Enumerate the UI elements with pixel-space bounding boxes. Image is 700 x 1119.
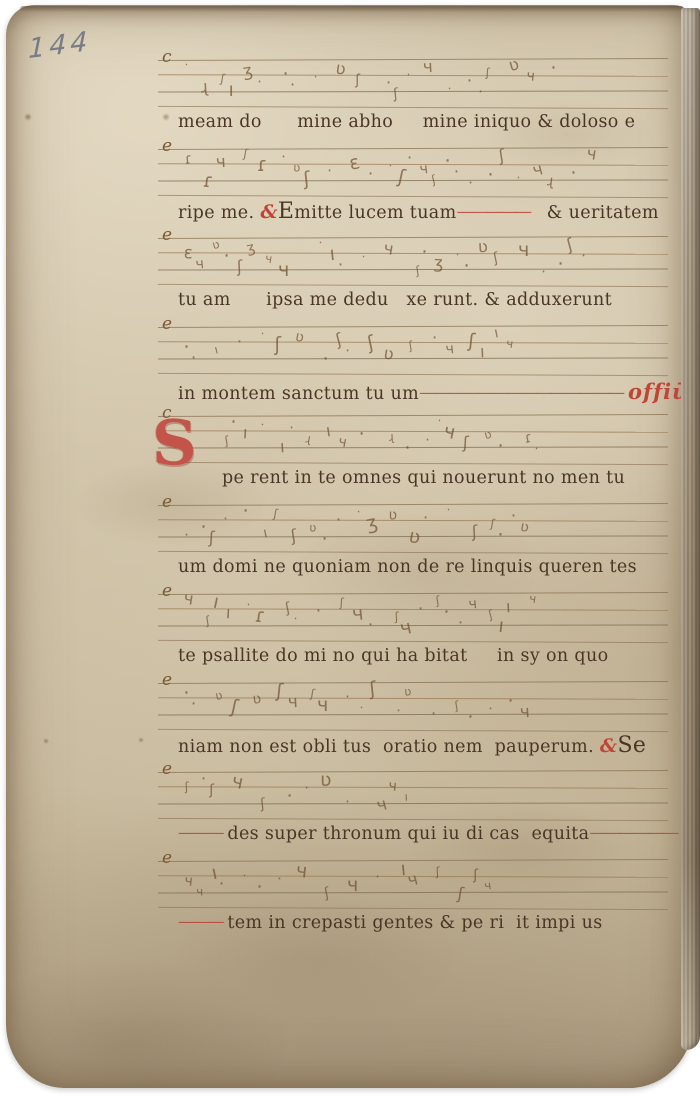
staff-line xyxy=(158,106,668,110)
lyrics-line: ripe me. &Emitte lucem tuam————— & uerit… xyxy=(164,201,666,227)
neume-mark: · xyxy=(242,868,248,883)
staff: e чʃıı·ɾʃ··ʃч·ʃч·ʃ··чʃııч xyxy=(164,588,666,646)
neume-mark: · xyxy=(429,703,437,724)
neume-mark: ʃ xyxy=(302,167,311,190)
staff-line xyxy=(158,58,668,61)
staff: e ··ı··ʃʋ·ʃ·ʃʋʃ·чʃııч xyxy=(164,321,666,379)
neume-mark: · xyxy=(245,597,252,612)
neume-mark: · xyxy=(404,67,411,82)
neume-mark: · xyxy=(190,347,196,367)
neume-mark: ı xyxy=(505,596,511,616)
rubric-label: offiū xyxy=(628,379,688,404)
staff-line xyxy=(158,446,668,448)
neume-mark: · xyxy=(344,688,352,706)
neumes-row: чʃıı·ɾʃ··ʃч·ʃч·ʃ··чʃııч xyxy=(184,603,545,622)
lyrics-line: te psallite do mi no qui ha bitat in sy … xyxy=(164,646,666,672)
folio-number: 144 xyxy=(28,26,92,65)
neume-mark: ч xyxy=(528,591,537,606)
neume-mark: · xyxy=(447,81,453,96)
neumes-row: ··ı··ʃʋ·ʃ·ʃʋʃ·чʃııч xyxy=(184,336,516,355)
lyrics-segment: des super thronum qui iu di cas equita xyxy=(222,824,590,844)
neume-mark: ɻ xyxy=(200,76,208,96)
neume-mark: ч xyxy=(444,340,454,358)
neume-mark: · xyxy=(344,793,352,811)
staff: e ɾɾчʃɾ·ʋʃ·ɛ··ʃ·чʃ····ʃ·чɻ·ч xyxy=(164,143,666,201)
clef-letter: e xyxy=(162,225,172,245)
neume-mark: ʃ xyxy=(473,866,478,883)
neume-mark: ʋ xyxy=(294,327,306,346)
neume-mark: ʋ xyxy=(382,343,395,364)
neume-mark: ı xyxy=(261,524,268,542)
neume-mark: · xyxy=(539,263,547,281)
neumes-row: ччı····чʃч·ıчʃʃʃч xyxy=(184,870,503,889)
scan-canvas: 144 c ·ɻʃıʒ····ʋʃ·ʃ·ч···ʃʋч· meam do min… xyxy=(0,0,700,1119)
staff: c ʃ·ı·ı·ɻıч·ɻ···чʃʋ·ɾ· xyxy=(164,410,666,468)
neume-mark: · xyxy=(374,868,382,886)
staff-line xyxy=(158,729,668,733)
clef-letter: c xyxy=(162,47,172,67)
music-system: e ɛчʋ·ʃʒчч·ı··чʃ·ʒ··ʋʃч··ʃ· tu am ipsa m… xyxy=(164,232,666,318)
neume-mark: ʋ xyxy=(214,688,223,703)
music-system: c ʃ·ı·ı·ɻıч·ɻ···чʃʋ·ɾ· pe rent in te omn… xyxy=(164,410,666,496)
neume-mark: · xyxy=(276,870,282,887)
lyrics-segment: & ueritatem xyxy=(529,203,659,223)
neume-mark: ı xyxy=(209,861,219,884)
lyrics-line: um domi ne quoniam non de re linquis que… xyxy=(164,557,666,583)
neume-mark: ч xyxy=(518,238,529,261)
neume-mark: ч xyxy=(278,258,289,281)
neume-mark: · xyxy=(259,326,265,341)
neume-mark: ʃ xyxy=(243,146,249,161)
neume-mark: · xyxy=(236,331,242,351)
neume-mark: · xyxy=(441,600,452,624)
lyrics-segment: in montem sanctum tu um xyxy=(178,384,419,404)
neume-mark: ı xyxy=(243,422,249,442)
lyrics-line: meam do mine abho mine iniquo & doloso e xyxy=(164,112,666,138)
music-system: e ʃ·ʃчʃ··ʋ·ччı ——— des super thronum qui… xyxy=(164,766,666,852)
staff: e ɛчʋ·ʃʒчч·ı··чʃ·ʒ··ʋʃч··ʃ· xyxy=(164,232,666,290)
lyrics-segment: te psallite do mi no qui ha bitat in sy … xyxy=(178,646,608,666)
neume-mark: ч xyxy=(265,251,274,266)
neume-mark: ʃ xyxy=(492,249,500,267)
neume-mark: · xyxy=(510,505,518,526)
neume-mark: ч xyxy=(526,67,536,85)
clef-letter: e xyxy=(162,848,172,868)
clef-letter: e xyxy=(162,136,172,156)
neume-mark: ı xyxy=(279,436,285,456)
neume-mark: · xyxy=(184,526,189,543)
neume-mark: ч xyxy=(398,615,414,640)
neume-mark: ʃ xyxy=(396,165,407,189)
staff-line xyxy=(158,195,668,199)
neume-mark: ı xyxy=(226,602,232,622)
neume-mark: ч xyxy=(287,691,298,711)
systems-container: c ·ɻʃıʒ····ʋʃ·ʃ·ч···ʃʋч· meam do mine ab… xyxy=(164,51,666,941)
neume-mark: ʃ xyxy=(462,432,469,452)
lyrics-line: tu am ipsa me dedu xe runt. & adduxerunt xyxy=(164,290,666,316)
neume-mark: · xyxy=(388,158,394,173)
neume-mark: ʃ xyxy=(284,599,292,617)
lyrics-segment: pe rent in te omnes qui nouerunt no men … xyxy=(222,468,625,488)
neume-mark: · xyxy=(222,244,230,267)
lyrics-segment: tu am ipsa me dedu xe runt. & adduxerunt xyxy=(178,290,612,310)
neume-mark: · xyxy=(200,768,208,789)
neume-mark: ɾ xyxy=(257,153,267,176)
red-filler-line: ————— xyxy=(457,202,530,222)
neume-mark: ʋ xyxy=(389,506,398,523)
neume-mark: ʃ xyxy=(457,883,466,904)
neumes-row: ɛчʋ·ʃʒчч·ı··чʃ·ʒ··ʋʃч··ʃ· xyxy=(184,247,591,266)
neumes-row: ɾɾчʃɾ·ʋʃ·ɛ··ʃ·чʃ····ʃ·чɻ·ч xyxy=(184,158,602,177)
neume-mark: ɾ xyxy=(254,604,267,628)
music-system: c ·ɻʃıʒ····ʋʃ·ʃ·ч···ʃʋч· meam do mine ab… xyxy=(164,54,666,140)
neume-mark: ʃ xyxy=(209,527,216,547)
neume-mark: · xyxy=(556,252,564,275)
staff-line xyxy=(158,891,668,893)
neume-mark: ʒ xyxy=(245,238,257,256)
staff: e ччı····чʃч·ıчʃʃʃч xyxy=(164,855,666,913)
neume-mark: · xyxy=(465,705,476,729)
neume-mark: · xyxy=(320,527,328,550)
neume-mark: ɾ xyxy=(522,428,533,446)
neume-mark: ʋ xyxy=(309,520,317,535)
neume-mark: · xyxy=(333,509,343,530)
neume-mark: · xyxy=(360,700,365,714)
neume-mark: · xyxy=(319,235,324,249)
neume-mark: ʃ xyxy=(205,613,211,628)
neume-mark: ʃ xyxy=(486,65,491,79)
neume-mark: ʃ xyxy=(236,256,243,276)
neume-mark: ʃ xyxy=(368,677,377,700)
neume-mark: · xyxy=(423,507,429,527)
neume-mark: ʃ xyxy=(487,607,495,622)
staff-line xyxy=(158,179,668,181)
neume-mark: ч xyxy=(418,160,428,178)
neume-mark: · xyxy=(466,174,474,192)
neume-mark: ʃ xyxy=(408,338,414,353)
neume-mark: ʃ xyxy=(435,864,440,878)
book-fore-edge xyxy=(681,8,700,1050)
neume-mark: ı xyxy=(325,420,333,440)
lyrics-segment: meam do mine abho mine iniquo & doloso e xyxy=(178,112,635,132)
neume-mark: ʃ xyxy=(355,71,360,88)
neume-mark: ч xyxy=(347,873,358,896)
neume-mark: · xyxy=(288,419,296,437)
illuminated-initial: S xyxy=(152,412,197,474)
neume-mark: ч xyxy=(215,151,226,171)
neume-mark: · xyxy=(241,499,249,522)
red-filler-line: —————— xyxy=(589,823,676,843)
neume-mark: · xyxy=(361,249,366,263)
neume-mark: ч xyxy=(388,777,398,795)
neume-mark: ı xyxy=(329,242,337,265)
red-filler-line: ——— xyxy=(178,912,222,932)
clef-letter: e xyxy=(162,759,172,779)
neume-mark: ч xyxy=(182,588,195,609)
capital-letter: E xyxy=(278,199,294,224)
staff-line xyxy=(158,681,668,684)
neume-mark: · xyxy=(395,702,401,719)
staff-line xyxy=(158,90,668,92)
music-system: e ··ʋʃʋʃчʃч··ʃ·ʋ·ʃ···ч niam non est obli… xyxy=(164,677,666,763)
neume-mark: · xyxy=(218,873,226,894)
neume-mark: · xyxy=(466,70,474,91)
staff-line xyxy=(158,907,668,911)
neume-mark: ч xyxy=(468,595,478,613)
neume-mark: ч xyxy=(295,859,309,883)
neume-mark: ʃ xyxy=(366,331,377,355)
neume-mark: ʃ xyxy=(289,525,298,546)
neume-mark: · xyxy=(356,504,361,518)
staff-line xyxy=(158,284,668,288)
lyrics-line: in montem sanctum tu um—————————————— of… xyxy=(164,379,666,405)
staff-line xyxy=(158,640,668,644)
neume-mark: · xyxy=(463,254,471,277)
neume-mark: ʃ xyxy=(219,71,225,86)
neume-mark: ʃ xyxy=(489,516,495,531)
staff-line xyxy=(158,236,668,239)
neume-mark: ч xyxy=(585,143,598,164)
music-system: e ччı····чʃч·ıчʃʃʃч ——— tem in crepasti … xyxy=(164,855,666,941)
neume-mark: · xyxy=(314,600,322,621)
neume-mark: · xyxy=(517,170,522,184)
neume-mark: ʃ xyxy=(393,85,400,103)
neume-mark: ч xyxy=(505,336,514,351)
neume-mark: ɾ xyxy=(202,169,215,193)
capital-letter: Se xyxy=(617,733,646,758)
staff-line xyxy=(158,462,668,466)
neume-mark: ʃ xyxy=(184,779,189,793)
neume-mark: ʋ xyxy=(406,524,422,549)
red-filler-line: —————————————— xyxy=(419,383,622,403)
neume-mark: ч xyxy=(442,419,458,444)
staff-line xyxy=(158,503,668,506)
neume-mark: · xyxy=(498,523,504,546)
neume-mark: ч xyxy=(483,878,492,893)
neume-mark: ʃ xyxy=(275,679,284,702)
neume-mark: ʋ xyxy=(404,684,412,699)
neume-mark: ч xyxy=(405,869,420,891)
neume-mark: · xyxy=(385,72,391,92)
lyrics-segment: ripe me. xyxy=(178,203,260,223)
manuscript-page: 144 c ·ɻʃıʒ····ʋʃ·ʃ·ч···ʃʋч· meam do min… xyxy=(6,5,694,1088)
neume-mark: · xyxy=(302,779,310,797)
neume-mark: ʋ xyxy=(293,160,301,175)
lyrics-line: pe rent in te omnes qui nouerunt no men … xyxy=(164,468,666,494)
clef-letter: e xyxy=(162,492,172,512)
music-system: e ··ı··ʃʋ·ʃ·ʃʋʃ·чʃııч in montem sanctum … xyxy=(164,321,666,407)
neume-mark: ч xyxy=(317,693,328,716)
neume-mark: · xyxy=(321,347,329,370)
neume-mark: · xyxy=(313,69,318,83)
neume-mark: ı xyxy=(229,78,234,101)
staff-line xyxy=(158,802,668,804)
staff-line xyxy=(158,268,668,270)
neume-mark: ı xyxy=(479,341,485,361)
neumes-row: ʃ·ı·ı·ɻıч·ɻ···чʃʋ·ɾ· xyxy=(224,425,546,444)
neume-mark: · xyxy=(229,410,240,434)
neume-mark: · xyxy=(254,875,265,899)
neume-mark: ɻ xyxy=(304,431,311,446)
neume-mark: · xyxy=(280,148,288,166)
staff-line xyxy=(158,818,668,822)
music-system: e ɾɾчʃɾ·ʋʃ·ɛ··ʃ·чʃ····ʃ·чɻ·ч ripe me. &E… xyxy=(164,143,666,229)
red-verse-mark: & xyxy=(600,735,618,757)
neume-mark: ı xyxy=(405,789,409,803)
neume-mark: ʒ xyxy=(241,60,254,81)
neume-mark: ı xyxy=(213,342,220,357)
staff-line xyxy=(158,859,668,862)
neume-mark: ʒ xyxy=(364,510,380,535)
neume-mark: ʋ xyxy=(506,54,521,76)
neume-mark: · xyxy=(534,441,540,456)
lyrics-segment: niam non est obli tus oratio nem pauperu… xyxy=(178,737,600,757)
red-verse-mark: & xyxy=(260,201,278,223)
neume-mark: ʃ xyxy=(224,433,230,448)
neume-mark: ч xyxy=(382,238,395,259)
staff: e ··ʃ··ıʃʃʋ···ʒʋʋ··ʃʃ··ʋ xyxy=(164,499,666,557)
neume-mark: ɛ xyxy=(347,150,362,174)
staff-line xyxy=(158,551,668,555)
neume-mark: ʃ xyxy=(472,521,479,541)
neume-mark: ʃ xyxy=(339,595,344,609)
neume-mark: ʃ xyxy=(434,593,440,608)
neume-mark: · xyxy=(222,510,228,527)
music-system: e чʃıı·ɾʃ··ʃч·ʃч·ʃ··чʃııч te psallite do… xyxy=(164,588,666,674)
neume-mark: · xyxy=(259,417,266,432)
neume-mark: ʃ xyxy=(274,333,280,356)
neume-mark: · xyxy=(507,689,515,712)
neume-mark: ч xyxy=(374,794,389,816)
neume-mark: · xyxy=(419,240,430,264)
neume-mark: · xyxy=(487,163,493,186)
neume-mark: · xyxy=(496,434,504,457)
neume-mark: · xyxy=(488,700,494,717)
neumes-row: ··ʃ··ıʃʃʋ···ʒʋʋ··ʃʃ··ʋ xyxy=(184,514,539,533)
neume-mark: ʃ xyxy=(333,329,344,350)
neume-mark: ʋ xyxy=(478,236,489,256)
neumes-row: ·ɻʃıʒ····ʋʃ·ʃ·ч···ʃʋч· xyxy=(184,69,561,88)
neume-mark: ч xyxy=(531,159,546,181)
neume-mark: · xyxy=(416,598,424,619)
staff-line xyxy=(158,373,668,377)
neume-mark: · xyxy=(335,254,345,275)
neume-mark: ʃ xyxy=(273,506,279,521)
neume-mark: ʃ xyxy=(453,698,459,713)
clef-letter: e xyxy=(162,581,172,601)
neume-mark: · xyxy=(454,247,461,262)
neumes-row: ʃ·ʃчʃ··ʋ·ччı xyxy=(184,781,412,800)
staff: e ··ʋʃʋʃчʃч··ʃ·ʋ·ʃ···ч xyxy=(164,677,666,735)
neume-mark: ʃ xyxy=(210,781,215,798)
neume-mark: ɻ xyxy=(546,172,554,190)
staff-line xyxy=(158,357,668,359)
neume-mark: ʋ xyxy=(334,58,347,79)
neume-mark: · xyxy=(327,162,333,179)
neume-mark: · xyxy=(406,147,412,167)
neume-mark: · xyxy=(357,422,365,445)
lyrics-line: niam non est obli tus oratio nem pauperu… xyxy=(164,735,666,761)
lyrics-segment: tem in crepasti gentes & pe ri it impi u… xyxy=(222,913,603,933)
clef-letter: e xyxy=(162,314,172,334)
neume-mark: · xyxy=(255,73,263,91)
neume-mark: ʒ xyxy=(433,252,444,272)
neume-mark: ʋ xyxy=(519,517,531,536)
staff-line xyxy=(158,624,668,626)
neume-mark: ч xyxy=(184,872,194,890)
neume-mark: · xyxy=(581,247,587,264)
neume-mark: ʃ xyxy=(309,686,315,701)
lyrics-line: ——— des super thronum qui iu di cas equi… xyxy=(164,824,666,850)
staff-line xyxy=(158,325,668,328)
neume-mark: · xyxy=(443,149,451,172)
neume-mark: ɛ xyxy=(183,242,193,262)
neume-mark: ʃ xyxy=(468,329,477,352)
neume-mark: ʋ xyxy=(320,768,331,791)
neume-mark: · xyxy=(431,327,437,347)
lyrics-line: ——— tem in crepasti gentes & pe ri it im… xyxy=(164,913,666,939)
neume-mark: ч xyxy=(520,701,531,721)
neume-mark: · xyxy=(425,431,430,448)
neume-mark: ɻ xyxy=(389,429,395,443)
music-system: e ··ʃ··ıʃʃʋ···ʒʋʋ··ʃʃ··ʋ um domi ne quon… xyxy=(164,499,666,585)
neume-mark: · xyxy=(198,515,209,539)
neume-mark: · xyxy=(458,612,464,632)
neume-mark: ʋ xyxy=(252,690,262,708)
neume-mark: ɾ xyxy=(184,150,193,168)
staff: e ʃ·ʃчʃ··ʋ·ччı xyxy=(164,766,666,824)
staff-line xyxy=(158,592,668,595)
neume-mark: ʋ xyxy=(482,427,493,443)
neume-mark: · xyxy=(345,342,351,359)
red-filler-line: ——— xyxy=(178,823,222,843)
neume-mark: ʃ xyxy=(414,263,420,278)
lyrics-segment: mitte lucem tuam xyxy=(294,203,456,223)
neume-mark: ч xyxy=(422,56,433,76)
lyrics-segment: um domi ne quoniam non de re linquis que… xyxy=(178,557,637,577)
neume-mark: ч xyxy=(194,255,204,273)
staff: c ·ɻʃıʒ····ʋʃ·ʃ·ч···ʃʋч· xyxy=(164,54,666,112)
neume-mark: ч xyxy=(196,884,204,899)
clef-letter: e xyxy=(162,670,172,690)
neumes-row: ··ʋʃʋʃчʃч··ʃ·ʋ·ʃ···ч xyxy=(184,692,533,711)
neume-mark: · xyxy=(453,161,459,181)
neume-mark: · xyxy=(292,611,298,626)
neume-mark: ч xyxy=(351,602,365,626)
